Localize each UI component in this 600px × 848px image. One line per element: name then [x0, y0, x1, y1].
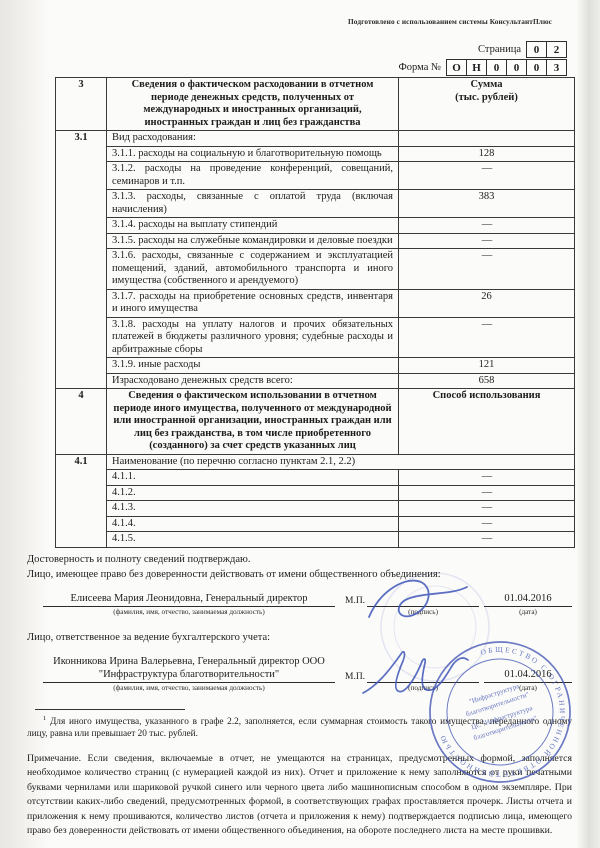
page-digit-box: 0: [526, 41, 547, 58]
row-value: —: [399, 317, 575, 358]
authorized-person-intro: Лицо, имеющее право без доверенности дей…: [27, 568, 572, 581]
form-digit-box: 0: [526, 59, 547, 76]
page-digit-box: 2: [546, 41, 567, 58]
row-value: 26: [399, 289, 575, 317]
mp-label: М.П.: [345, 595, 365, 617]
signature-row-1: Елисеева Мария Леонидовна, Генеральный д…: [27, 592, 572, 617]
form-digit-box: О: [446, 59, 467, 76]
section-number: 3: [56, 78, 107, 131]
form-digit-box: 3: [546, 59, 567, 76]
row-label: 3.1.3. расходы, связанные с оплатой труд…: [107, 190, 399, 218]
row-value: 658: [399, 373, 575, 389]
confirm-statement: Достоверность и полноту сведений подтвер…: [27, 553, 572, 566]
row-label: 3.1.1. расходы на социальную и благотвор…: [107, 146, 399, 162]
section-3-header-row: 3 Сведения о фактическом расходовании в …: [56, 78, 575, 131]
row-value: —: [399, 218, 575, 234]
form-digit-box: 0: [486, 59, 507, 76]
row-value: —: [399, 470, 575, 486]
table-row: 4.1 Наименование (по перечню согласно пу…: [56, 454, 575, 470]
signature-caption: (подпись): [367, 683, 479, 693]
row-label: Вид расходования:: [107, 131, 399, 147]
signature-caption: (подпись): [367, 607, 479, 617]
page-number-label: Страница: [478, 44, 521, 55]
row-label: Наименование (по перечню согласно пункта…: [107, 454, 575, 470]
table-row: 3.1.9. иные расходы 121: [56, 358, 575, 374]
table-row: 3.1.4. расходы на выплату стипендий —: [56, 218, 575, 234]
row-number: 3.1: [56, 131, 107, 389]
section-3-title: Сведения о фактическом расходовании в от…: [107, 78, 399, 131]
form-digit-box: 0: [506, 59, 527, 76]
table-row: 3.1.8. расходы на уплату налогов и прочи…: [56, 317, 575, 358]
name-caption: (фамилия, имя, отчество, занимаемая долж…: [43, 607, 335, 617]
row-value: —: [399, 532, 575, 548]
row-value: —: [399, 485, 575, 501]
note-paragraph: Примечание. Если сведения, включаемые в …: [27, 752, 572, 839]
row-label: 3.1.9. иные расходы: [107, 358, 399, 374]
form-number-label: Форма №: [398, 62, 441, 73]
table-row: 4.1.2. —: [56, 485, 575, 501]
section-4-title: Сведения о фактическом использовании в о…: [107, 389, 399, 455]
date-value: 01.04.2016: [484, 668, 572, 683]
table-row: 3.1.5. расходы на служебные командировки…: [56, 233, 575, 249]
table-row: 4.1.3. —: [56, 501, 575, 517]
report-table: 3 Сведения о фактическом расходовании в …: [55, 77, 575, 548]
row-label: 3.1.4. расходы на выплату стипендий: [107, 218, 399, 234]
row-value: 121: [399, 358, 575, 374]
name-caption: (фамилия, имя, отчество, занимаемая долж…: [43, 683, 335, 693]
row-label: Израсходовано денежных средств всего:: [107, 373, 399, 389]
table-row: 3.1.1. расходы на социальную и благотвор…: [56, 146, 575, 162]
signature-line: [367, 668, 479, 683]
row-value: —: [399, 233, 575, 249]
row-value: 383: [399, 190, 575, 218]
row-label: 4.1.3.: [107, 501, 399, 517]
scanned-report-page: Подготовлено с использованием системы Ко…: [0, 0, 600, 848]
row-value: 128: [399, 146, 575, 162]
sum-header-line2: (тыс. рублей): [404, 92, 569, 105]
section-4-header-row: 4 Сведения о фактическом использовании в…: [56, 389, 575, 455]
table-row-total: Израсходовано денежных средств всего: 65…: [56, 373, 575, 389]
usage-column-header: Способ использования: [399, 389, 575, 455]
form-digit-box: Н: [466, 59, 487, 76]
date-caption: (дата): [484, 607, 572, 617]
sum-header-line1: Сумма: [404, 79, 569, 92]
row-label: 3.1.8. расходы на уплату налогов и прочи…: [107, 317, 399, 358]
signatory-name: Иконникова Ирина Валерьевна, Генеральный…: [43, 655, 335, 683]
row-number: 4.1: [56, 454, 107, 547]
signature-line: [367, 592, 479, 607]
row-label: 3.1.6. расходы, связанные с содержанием …: [107, 249, 399, 290]
page-number-row: Страница 0 2: [478, 41, 567, 58]
row-label: 4.1.1.: [107, 470, 399, 486]
footnote-marker: 1: [43, 715, 46, 722]
table-row: 4.1.1. —: [56, 470, 575, 486]
row-value: —: [399, 516, 575, 532]
footnote-text: Для иного имущества, указанного в графе …: [27, 717, 572, 740]
table-row: 3.1 Вид расходования:: [56, 131, 575, 147]
footnote-rule: [35, 709, 185, 710]
signature-row-2: Иконникова Ирина Валерьевна, Генеральный…: [27, 655, 572, 693]
row-label: 3.1.2. расходы на проведение конференций…: [107, 162, 399, 190]
row-label: 3.1.7. расходы на приобретение основных …: [107, 289, 399, 317]
consultant-plus-watermark: Подготовлено с использованием системы Ко…: [345, 17, 555, 26]
date-caption: (дата): [484, 683, 572, 693]
form-number-row: Форма № О Н 0 0 0 3: [398, 59, 567, 76]
row-value: —: [399, 162, 575, 190]
row-label: 4.1.2.: [107, 485, 399, 501]
row-value: —: [399, 249, 575, 290]
date-value: 01.04.2016: [484, 592, 572, 607]
row-label: 4.1.4.: [107, 516, 399, 532]
table-row: 4.1.5. —: [56, 532, 575, 548]
mp-label: М.П.: [345, 671, 365, 693]
row-value: [399, 131, 575, 147]
footnote: 1 Для иного имущества, указанного в граф…: [27, 713, 572, 741]
section-number: 4: [56, 389, 107, 455]
signatory-name: Елисеева Мария Леонидовна, Генеральный д…: [43, 592, 335, 607]
sum-column-header: Сумма (тыс. рублей): [399, 78, 575, 131]
table-row: 4.1.4. —: [56, 516, 575, 532]
table-row: 3.1.3. расходы, связанные с оплатой труд…: [56, 190, 575, 218]
row-value: —: [399, 501, 575, 517]
table-row: 3.1.7. расходы на приобретение основных …: [56, 289, 575, 317]
table-row: 3.1.2. расходы на проведение конференций…: [56, 162, 575, 190]
row-label: 4.1.5.: [107, 532, 399, 548]
declaration-block: Достоверность и полноту сведений подтвер…: [27, 553, 572, 839]
row-label: 3.1.5. расходы на служебные командировки…: [107, 233, 399, 249]
table-row: 3.1.6. расходы, связанные с содержанием …: [56, 249, 575, 290]
accountant-intro: Лицо, ответственное за ведение бухгалтер…: [27, 631, 572, 644]
